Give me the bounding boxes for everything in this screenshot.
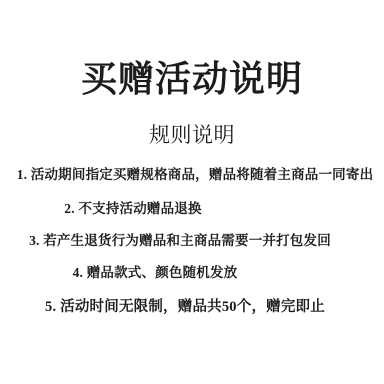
rule-item-1: 1. 活动期间指定买赠规格商品，赠品将随着主商品一同寄出 (3, 167, 384, 183)
rule-item-4: 4. 赠品款式、颜色随机发放 (0, 265, 347, 281)
rule-item-2: 2. 不支持活动赠品退换 (0, 201, 325, 217)
notice-title: 买赠活动说明 (0, 58, 384, 100)
rule-item-5: 5. 活动时间无限制，赠品共50个，赠完即止 (0, 299, 377, 315)
rule-item-3: 3. 若产生退货行为赠品和主商品需要一并打包发回 (0, 233, 372, 249)
promo-notice-page: 买赠活动说明 规则说明 1. 活动期间指定买赠规格商品，赠品将随着主商品一同寄出… (0, 0, 384, 384)
notice-subtitle: 规则说明 (0, 122, 384, 148)
